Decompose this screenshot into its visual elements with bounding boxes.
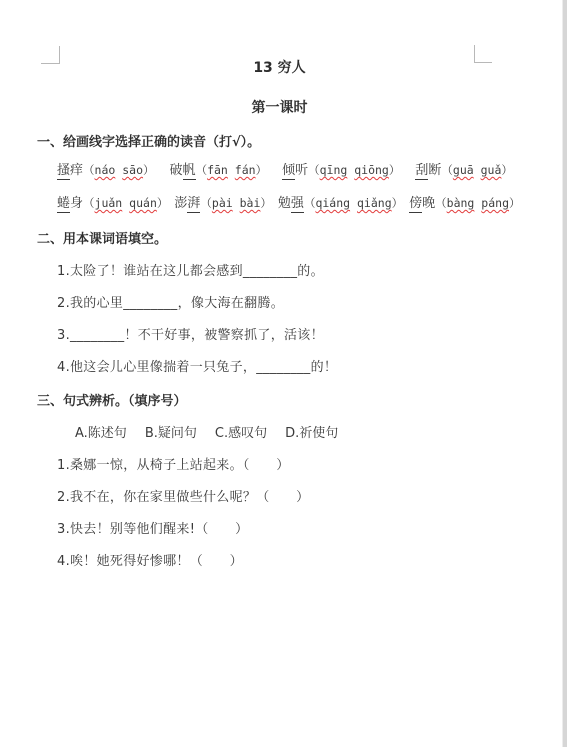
document-page: 13 穷人 第一课时 一、给画线字选择正确的读音（打√）。 搔痒（náo sāo… — [0, 0, 568, 747]
fill-blank-item-4: 4.他这会儿心里像揣着一只兔子，________的！ — [57, 359, 522, 376]
word-item: 傍晚（bàng páng） — [409, 193, 520, 214]
hanzi-underlined: 蜷 — [57, 196, 70, 213]
hanzi-underlined: 强 — [291, 196, 304, 213]
paren-close: ） — [392, 196, 404, 210]
sentence-item-1: 1.桑娜一惊，从椅子上站起来。（ ） — [57, 457, 522, 474]
paren-open: （ — [83, 163, 95, 177]
pinyin-choice: qīng — [320, 163, 348, 177]
section1-heading: 一、给画线字选择正确的读音（打√）。 — [37, 134, 522, 151]
word-item: 勉强（qiáng qiǎng） — [278, 193, 403, 214]
paren-close: ） — [501, 163, 513, 177]
word-item: 搔痒（náo sāo） — [57, 160, 155, 181]
pinyin-choice: bàng — [447, 196, 475, 210]
word-item: 刮断（guā guǎ） — [415, 160, 513, 181]
option-b: B.疑问句 — [145, 425, 197, 442]
hanzi-underlined: 帆 — [183, 163, 196, 180]
word-item: 澎湃（pài bài） — [174, 193, 272, 214]
word-item: 破帆（fān fán） — [170, 160, 268, 181]
hanzi: 勉 — [278, 196, 291, 211]
section3-heading: 三、句式辨析。（填序号） — [37, 393, 522, 410]
sentence-item-4: 4.唉！她死得好惨哪！（ ） — [57, 553, 522, 570]
pinyin-choice: pài — [212, 196, 233, 210]
paren-close: ） — [143, 163, 155, 177]
pinyin-choice: fán — [235, 163, 256, 177]
word-item: 倾听（qīng qiōng） — [282, 160, 400, 181]
page-edge-strip — [562, 0, 567, 747]
pinyin-options: （pài bài） — [200, 196, 272, 210]
document-content: 13 穷人 第一课时 一、给画线字选择正确的读音（打√）。 搔痒（náo sāo… — [37, 60, 522, 570]
hanzi-underlined: 傍 — [409, 196, 422, 213]
pinyin-options: （fān fán） — [196, 163, 268, 177]
option-c: C.感叹句 — [215, 425, 267, 442]
fill-blank-item-3: 3.________！不干好事，被警察抓了，活该！ — [57, 327, 522, 344]
fill-blank-item-2: 2.我的心里________，像大海在翻腾。 — [57, 295, 522, 312]
paren-close: ） — [256, 163, 268, 177]
sentence-item-2: 2.我不在，你在家里做些什么呢？（ ） — [57, 489, 522, 506]
paren-open: （ — [83, 196, 95, 210]
pinyin-choice: guǎ — [481, 163, 502, 177]
pinyin-row-2: 蜷身（juǎn quán） 澎湃（pài bài） 勉强（qiáng qiǎng… — [57, 193, 522, 214]
hanzi-underlined: 刮 — [415, 163, 428, 180]
paren-open: （ — [441, 163, 453, 177]
hanzi-underlined: 倾 — [282, 163, 295, 180]
lesson-subtitle: 第一课时 — [37, 100, 522, 117]
paren-close: ） — [157, 196, 169, 210]
pinyin-choice: juǎn — [95, 196, 123, 210]
pinyin-options: （qiáng qiǎng） — [304, 196, 403, 210]
paren-open: （ — [308, 163, 320, 177]
lesson-title: 13 穷人 — [37, 60, 522, 77]
hanzi: 晚 — [422, 196, 435, 211]
hanzi: 澎 — [174, 196, 187, 211]
paren-close: ） — [389, 163, 401, 177]
pinyin-options: （juǎn quán） — [83, 196, 168, 210]
sentence-type-options: A.陈述句 B.疑问句 C.感叹句 D.祈使句 — [75, 425, 522, 442]
sentence-item-3: 3.快去！别等他们醒来!（ ） — [57, 521, 522, 538]
paren-open: （ — [304, 196, 316, 210]
paren-open: （ — [200, 196, 212, 210]
pinyin-choice: bài — [240, 196, 261, 210]
pinyin-choice: quán — [129, 196, 157, 210]
pinyin-row-1: 搔痒（náo sāo） 破帆（fān fán） 倾听（qīng qiōng） 刮… — [57, 160, 522, 181]
pinyin-options: （náo sāo） — [83, 163, 155, 177]
pinyin-choice: qiōng — [354, 163, 389, 177]
word-item: 蜷身（juǎn quán） — [57, 193, 168, 214]
pinyin-choice: guā — [453, 163, 474, 177]
pinyin-choice: náo — [95, 163, 116, 177]
fill-blank-item-1: 1.太险了！谁站在这儿都会感到________的。 — [57, 263, 522, 280]
hanzi: 痒 — [70, 163, 83, 178]
pinyin-choice: qiáng — [315, 196, 350, 210]
paren-open: （ — [196, 163, 208, 177]
pinyin-choice: fān — [207, 163, 228, 177]
hanzi: 破 — [170, 163, 183, 178]
hanzi: 听 — [295, 163, 308, 178]
pinyin-choice: páng — [481, 196, 509, 210]
hanzi-underlined: 搔 — [57, 163, 70, 180]
section2-heading: 二、用本课词语填空。 — [37, 231, 522, 248]
pinyin-choice: sāo — [122, 163, 143, 177]
pinyin-options: （bàng páng） — [435, 196, 520, 210]
pinyin-options: （guā guǎ） — [441, 163, 513, 177]
hanzi: 身 — [70, 196, 83, 211]
option-a: A.陈述句 — [75, 425, 127, 442]
hanzi-underlined: 湃 — [187, 196, 200, 213]
pinyin-options: （qīng qiōng） — [308, 163, 400, 177]
hanzi: 断 — [428, 163, 441, 178]
paren-close: ） — [260, 196, 272, 210]
pinyin-choice: qiǎng — [357, 196, 392, 210]
paren-open: （ — [435, 196, 447, 210]
paren-close: ） — [509, 196, 521, 210]
option-d: D.祈使句 — [285, 425, 338, 442]
